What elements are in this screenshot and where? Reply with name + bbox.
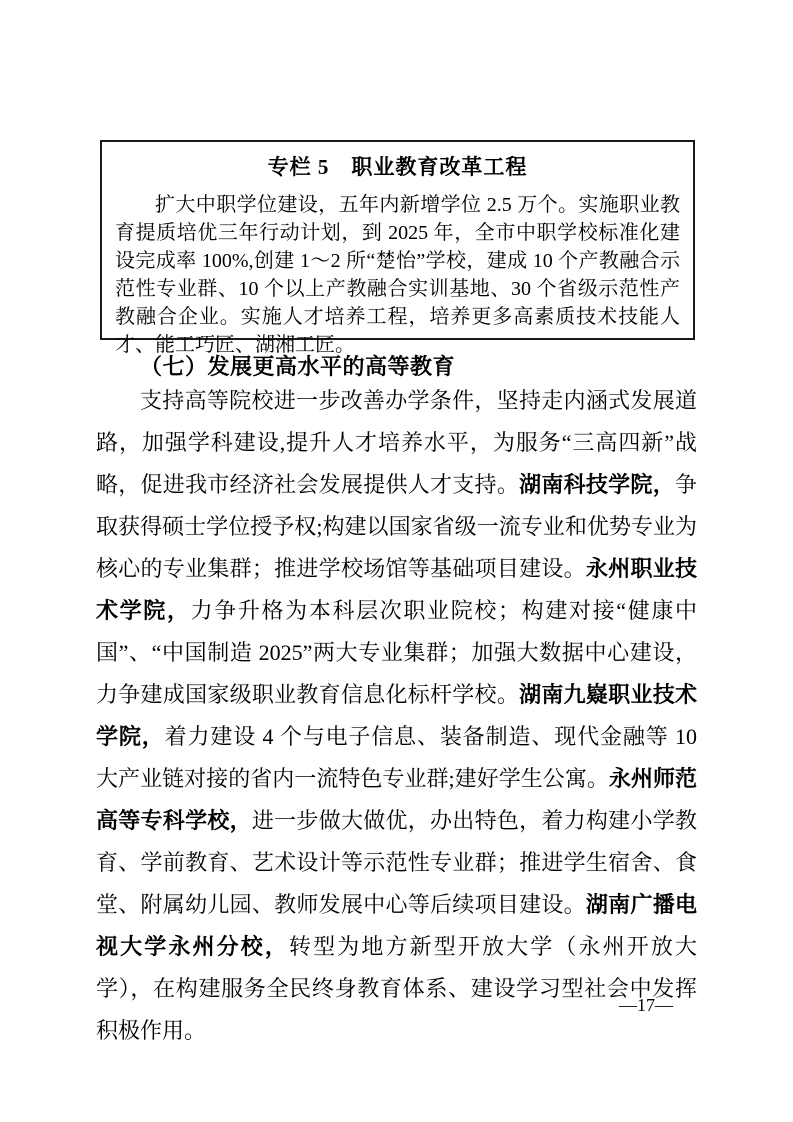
page-number: —17—: [619, 994, 673, 1016]
bold-text-run: 湖南科技学院，: [519, 472, 675, 497]
text-run: 着力建设 4 个与电子信息、装备制造、现代金融等 10 大产业链对接的省内一流特…: [96, 724, 697, 791]
callout-box: 专栏 5 职业教育改革工程 扩大中职学位建设，五年内新增学位 2.5 万个。实施…: [100, 140, 695, 340]
section-heading: （七）发展更高水平的高等教育: [96, 352, 697, 382]
callout-box-body: 扩大中职学位建设，五年内新增学位 2.5 万个。实施职业教育提质培优三年行动计划…: [115, 191, 680, 359]
document-page: 专栏 5 职业教育改革工程 扩大中职学位建设，五年内新增学位 2.5 万个。实施…: [0, 0, 793, 1122]
section-paragraph: 支持高等院校进一步改善办学条件，坚持走内涵式发展道路，加强学科建设,提升人才培养…: [96, 380, 697, 1052]
callout-box-title: 专栏 5 职业教育改革工程: [115, 151, 680, 184]
